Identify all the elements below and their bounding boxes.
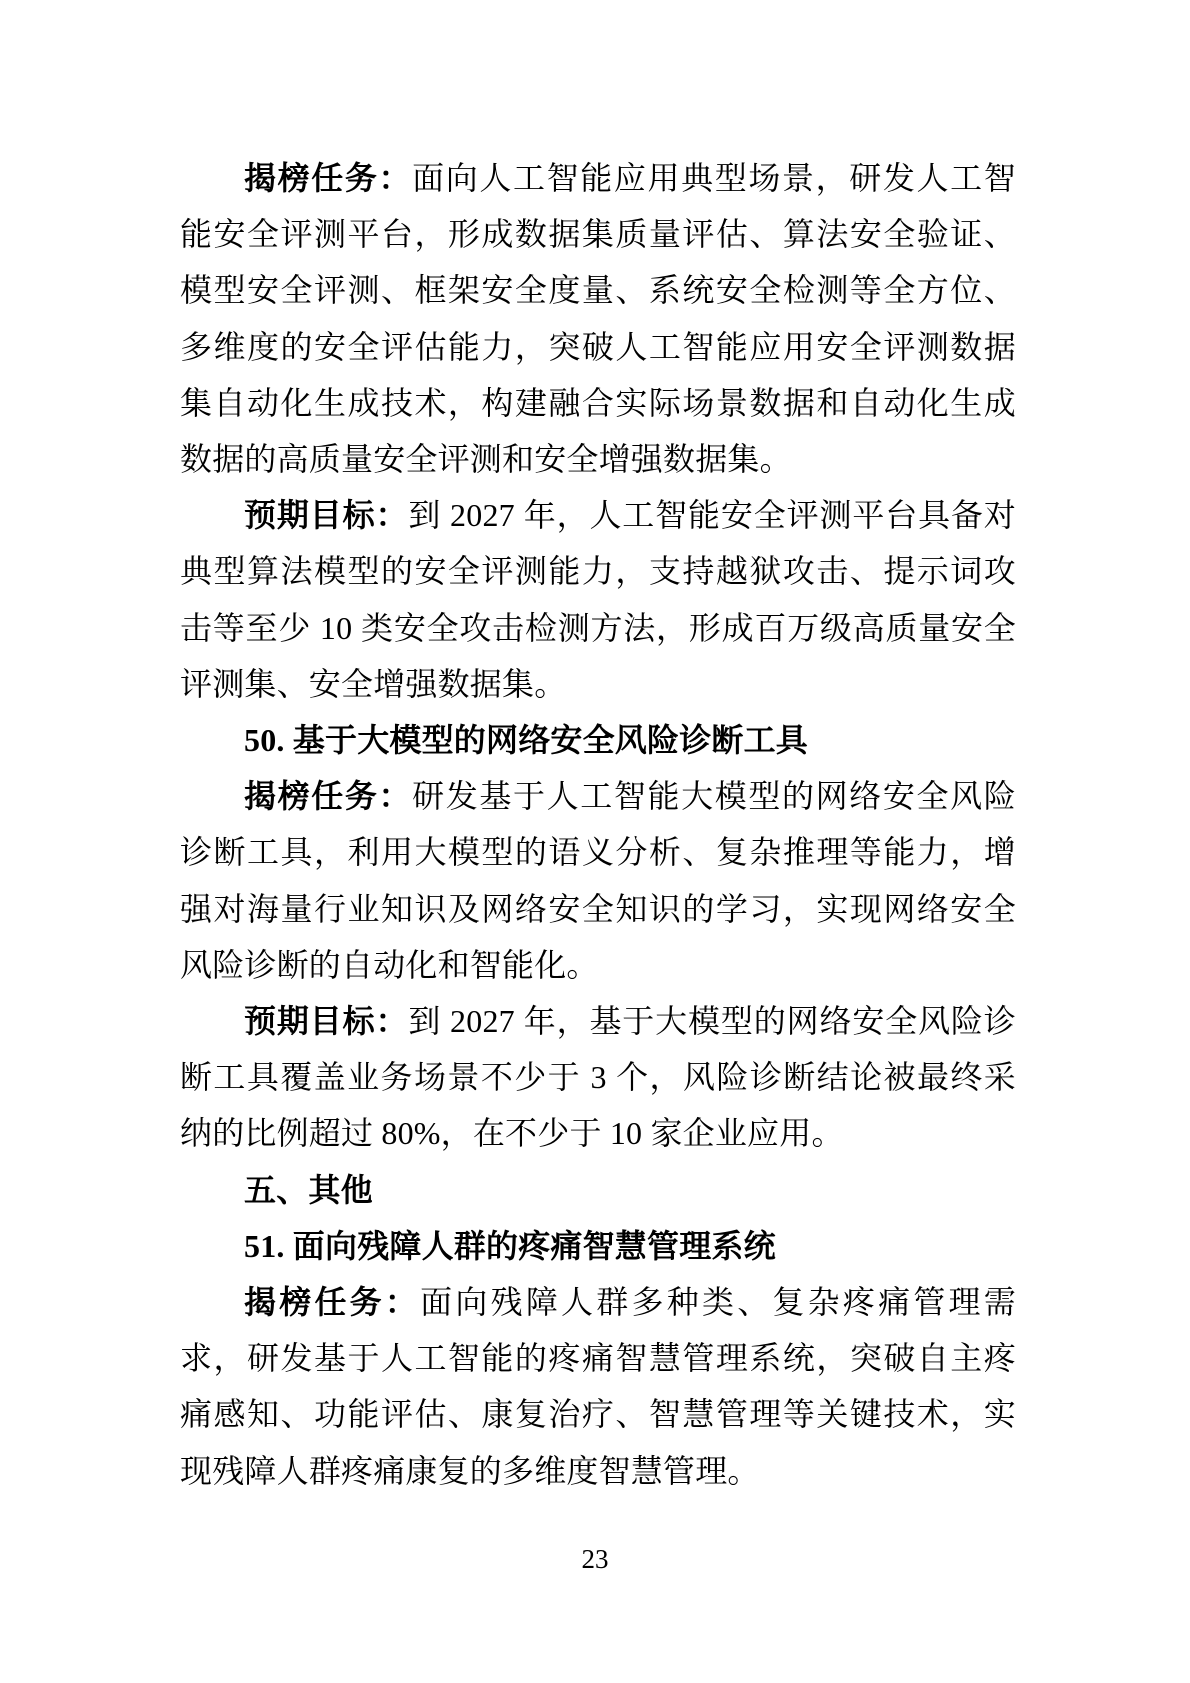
- paragraph-text: 面向人工智能应用典型场景，研发人工智能安全评测平台，形成数据集质量评估、算法安全…: [180, 160, 1016, 477]
- paragraph-goal-49: 预期目标：到 2027 年，人工智能安全评测平台具备对典型算法模型的安全评测能力…: [180, 487, 1016, 712]
- section-heading-50: 50. 基于大模型的网络安全风险诊断工具: [180, 712, 1016, 768]
- paragraph-label: 预期目标：: [244, 1003, 408, 1039]
- paragraph-label: 揭榜任务：: [244, 1284, 420, 1320]
- paragraph-label: 揭榜任务：: [244, 160, 412, 196]
- document-body: 揭榜任务：面向人工智能应用典型场景，研发人工智能安全评测平台，形成数据集质量评估…: [180, 150, 1016, 1499]
- chapter-heading-5: 五、其他: [180, 1162, 1016, 1218]
- paragraph-label: 预期目标：: [244, 497, 408, 533]
- page-number: 23: [0, 1543, 1190, 1575]
- paragraph-goal-50: 预期目标：到 2027 年，基于大模型的网络安全风险诊断工具覆盖业务场景不少于 …: [180, 993, 1016, 1162]
- paragraph-task-50: 揭榜任务：研发基于人工智能大模型的网络安全风险诊断工具，利用大模型的语义分析、复…: [180, 768, 1016, 993]
- paragraph-label: 揭榜任务：: [244, 778, 412, 814]
- document-page: 揭榜任务：面向人工智能应用典型场景，研发人工智能安全评测平台，形成数据集质量评估…: [0, 0, 1190, 1683]
- section-heading-51: 51. 面向残障人群的疼痛智慧管理系统: [180, 1218, 1016, 1274]
- paragraph-task-51: 揭榜任务：面向残障人群多种类、复杂疼痛管理需求，研发基于人工智能的疼痛智慧管理系…: [180, 1274, 1016, 1499]
- paragraph-task-49: 揭榜任务：面向人工智能应用典型场景，研发人工智能安全评测平台，形成数据集质量评估…: [180, 150, 1016, 487]
